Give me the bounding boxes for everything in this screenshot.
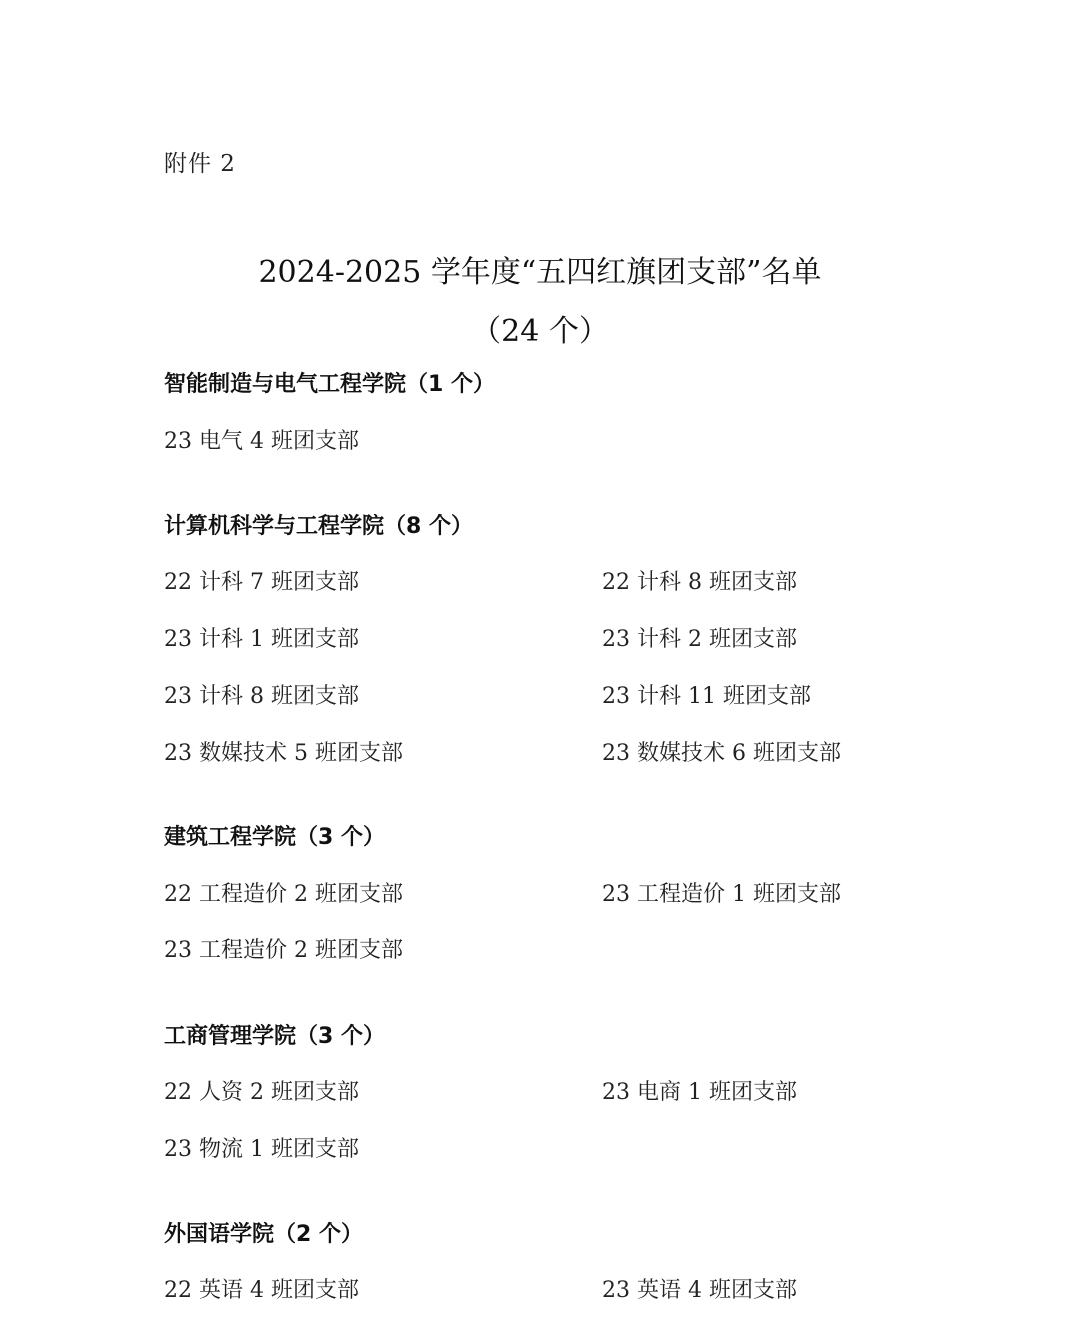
list-item: 23 计科 8 班团支部: [164, 682, 359, 712]
section-heading: 计算机科学与工程学院（8 个）: [164, 512, 473, 542]
section-heading: 建筑工程学院（3 个）: [164, 823, 385, 853]
list-item: 23 计科 2 班团支部: [602, 625, 797, 655]
section-heading: 工商管理学院（3 个）: [164, 1022, 385, 1052]
list-item: 23 英语 4 班团支部: [602, 1276, 797, 1306]
list-item: 22 人资 2 班团支部: [164, 1078, 359, 1108]
document-subtitle-count: （24 个）: [0, 312, 1080, 352]
list-item: 23 计科 11 班团支部: [602, 682, 811, 712]
list-item: 23 电商 1 班团支部: [602, 1078, 797, 1108]
list-item: 23 工程造价 2 班团支部: [164, 936, 403, 966]
list-item: 23 数媒技术 6 班团支部: [602, 739, 841, 769]
list-item: 23 工程造价 1 班团支部: [602, 880, 841, 910]
list-item: 22 计科 7 班团支部: [164, 568, 359, 598]
list-item: 23 物流 1 班团支部: [164, 1135, 359, 1165]
section-heading: 智能制造与电气工程学院（1 个）: [164, 370, 495, 400]
list-item: 22 工程造价 2 班团支部: [164, 880, 403, 910]
list-item: 23 计科 1 班团支部: [164, 625, 359, 655]
list-item: 23 数媒技术 5 班团支部: [164, 739, 403, 769]
list-item: 22 计科 8 班团支部: [602, 568, 797, 598]
section-heading: 外国语学院（2 个）: [164, 1220, 363, 1250]
attachment-label: 附件 2: [164, 145, 236, 178]
list-item: 23 电气 4 班团支部: [164, 427, 359, 457]
list-item: 22 英语 4 班团支部: [164, 1276, 359, 1306]
document-title: 2024-2025 学年度“五四红旗团支部”名单: [0, 253, 1080, 293]
